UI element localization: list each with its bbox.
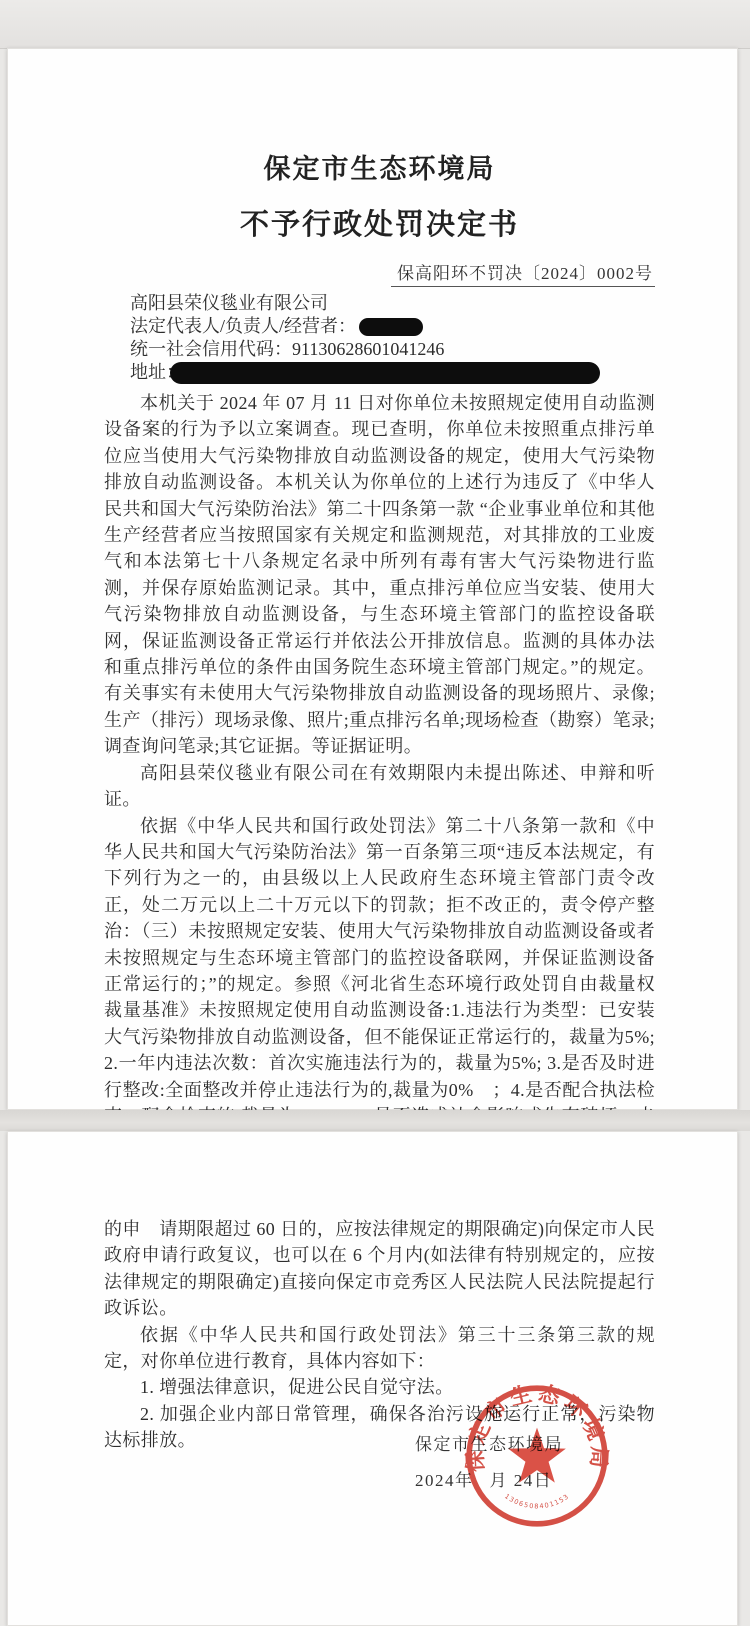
document-header: 保定市生态环境局 不予行政处罚决定书 保高阳环不罚决〔2024〕0002号 [104,147,655,284]
redaction-bar-name [359,318,423,336]
redaction-bar-address [170,362,600,384]
document-page-1: 保定市生态环境局 不予行政处罚决定书 保高阳环不罚决〔2024〕0002号 高阳… [7,48,738,1110]
paragraph-appeal-continued: 的申 请期限超过 60 日的，应按法律规定的期限确定)向保定市人民政府申请行政复… [104,1216,655,1322]
viewer-background-top [0,0,750,49]
paragraph-education-intro: 依据《中华人民共和国行政处罚法》第三十三条第三款的规定，对你单位进行教育，具体内… [104,1322,655,1375]
official-seal: 保定市生态环境局 1306508401153 [456,1375,618,1537]
paragraph-case-facts: 本机关于 2024 年 07 月 11 日对你单位未按照规定使用自动监测设备案的… [104,390,655,760]
address-line: 地址： [130,361,655,384]
page-separator [0,1110,750,1131]
company-name: 高阳县荣仪毯业有限公司 [130,292,655,315]
legal-rep-line: 法定代表人/负责人/经营者： [130,315,655,338]
legal-rep-label: 法定代表人/负责人/经营者： [130,316,356,336]
credit-code-label: 统一社会信用代码： [130,339,292,359]
agency-title: 保定市生态环境局 [104,147,655,186]
seal-star-icon [508,1428,566,1483]
document-page-2: 的申 请期限超过 60 日的，应按法律规定的期限确定)向保定市人民政府申请行政复… [7,1131,738,1626]
credit-code-line: 统一社会信用代码：91130628601041246 [130,338,655,361]
document-viewer: 保定市生态环境局 不予行政处罚决定书 保高阳环不罚决〔2024〕0002号 高阳… [0,0,750,1626]
page-title: 不予行政处罚决定书 [104,202,655,243]
paragraph-no-statement: 高阳县荣仪毯业有限公司在有效期限内未提出陈述、申辩和听证。 [104,760,655,813]
seal-code-label: 1306508401153 [503,1492,571,1510]
recipient-info: 高阳县荣仪毯业有限公司 法定代表人/负责人/经营者： 统一社会信用代码：9113… [104,292,655,384]
credit-code-value: 91130628601041246 [292,339,444,359]
doc-number-row: 保高阳环不罚决〔2024〕0002号 [104,259,655,284]
document-number: 保高阳环不罚决〔2024〕0002号 [391,264,655,287]
